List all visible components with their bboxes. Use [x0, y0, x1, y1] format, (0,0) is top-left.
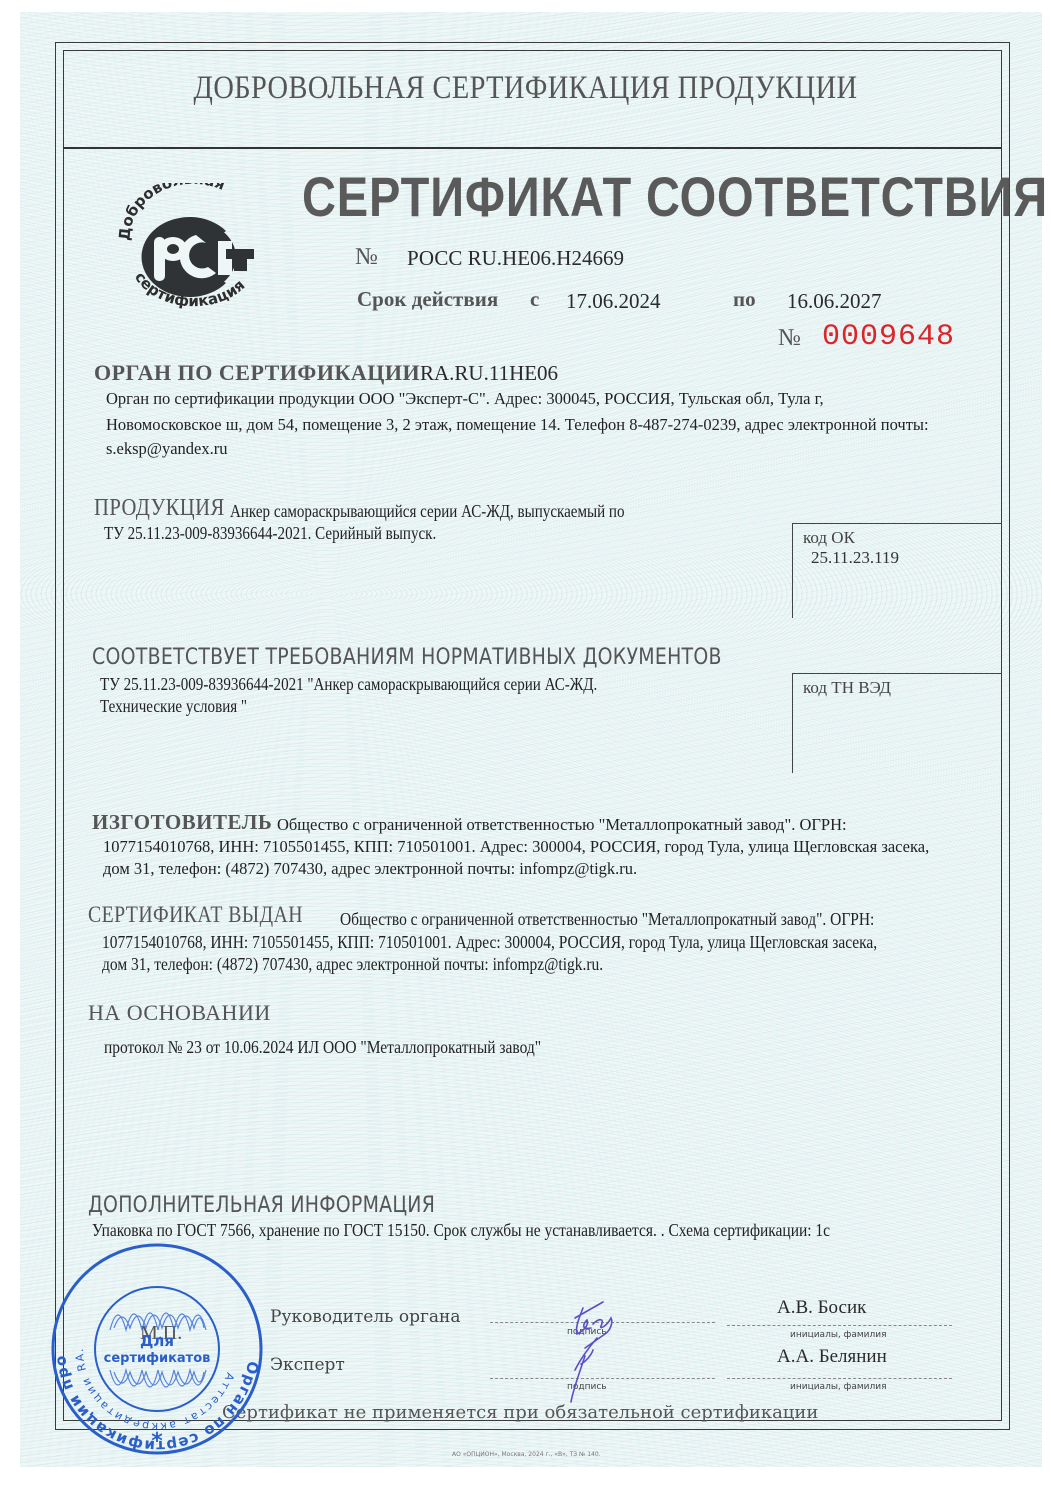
additional-info-heading: ДОПОЛНИТЕЛЬНАЯ ИНФОРМАЦИЯ	[88, 1193, 435, 1218]
ok-code-label: код ОК	[803, 528, 855, 548]
certification-body-line-1: Орган по сертификации продукции ООО "Экс…	[106, 388, 824, 410]
issued-to-line-3: дом 31, телефон: (4872) 707430, адрес эл…	[102, 953, 603, 975]
signature-scribble-icon	[555, 1290, 665, 1410]
manufacturer-line-1: Общество с ограниченной ответственностью…	[277, 814, 847, 836]
header-divider	[63, 147, 1002, 149]
expert-name-caption: инициалы, фамилия	[790, 1382, 887, 1392]
head-name-caption: инициалы, фамилия	[790, 1330, 887, 1340]
product-line-2: ТУ 25.11.23-009-83936644-2021. Серийный …	[104, 522, 436, 544]
tnved-code-label: код ТН ВЭД	[803, 678, 891, 698]
certification-body-line-2: Новомосковское ш, дом 54, помещение 3, 2…	[106, 414, 929, 436]
conformity-line-1: ТУ 25.11.23-009-83936644-2021 "Анкер сам…	[100, 673, 597, 695]
head-name: А.В. Босик	[777, 1297, 866, 1319]
manufacturer-line-3: дом 31, телефон: (4872) 707430, адрес эл…	[103, 858, 637, 880]
expert-name: А.А. Белянин	[777, 1346, 887, 1368]
validity-label: Срок действия	[357, 287, 498, 312]
manufacturer-heading: ИЗГОТОВИТЕЛЬ	[92, 810, 272, 835]
ok-code-box: код ОК 25.11.23.119	[792, 523, 1002, 618]
expert-name-line	[727, 1378, 952, 1379]
product-line-1: Анкер самораскрывающийся серии АС-ЖД, вы…	[230, 500, 624, 522]
rst-logo-icon: Добровольная сертификация	[118, 183, 268, 313]
basis-line-1: протокол № 23 от 10.06.2024 ИЛ ООО "Мета…	[104, 1036, 541, 1058]
mandatory-certification-note: Сертификат не применяется при обязательн…	[222, 1402, 818, 1423]
certificate-number: РОСС RU.НЕ06.Н24669	[407, 246, 624, 271]
conformity-heading: СООТВЕТСТВУЕТ ТРЕБОВАНИЯМ НОРМАТИВНЫХ ДО…	[92, 645, 722, 670]
certification-body-code: RA.RU.11НЕ06	[420, 361, 558, 386]
head-name-line	[727, 1325, 952, 1326]
svg-text:сертификатов: сертификатов	[104, 1351, 211, 1366]
svg-text:*: *	[151, 1429, 163, 1454]
valid-to-label: по	[733, 287, 756, 312]
manufacturer-line-2: 1077154010768, ИНН: 7105501455, КПП: 710…	[103, 836, 929, 858]
conformity-line-2: Технические условия "	[100, 695, 247, 717]
svg-text:Для: Для	[140, 1332, 174, 1350]
voluntary-certification-title: ДОБРОВОЛЬНАЯ СЕРТИФИКАЦИЯ ПРОДУКЦИИ	[74, 70, 978, 107]
valid-from-date: 17.06.2024	[566, 289, 661, 314]
certification-body-stamp-icon: Орган по сертификации продукции ООО «Экс…	[48, 1240, 266, 1458]
form-number-sign: №	[778, 325, 801, 352]
ok-code-value: 25.11.23.119	[811, 548, 899, 568]
basis-heading: НА ОСНОВАНИИ	[88, 1000, 271, 1026]
form-number: 0009648	[822, 320, 955, 354]
valid-from-label: с	[530, 287, 539, 312]
printer-imprint: АО «ОПЦИОН», Москва, 2024 г., «В», ТЗ № …	[452, 1451, 601, 1458]
certification-body-heading: ОРГАН ПО СЕРТИФИКАЦИИ	[94, 360, 420, 386]
expert-label: Эксперт	[270, 1355, 345, 1375]
number-sign: №	[355, 244, 378, 271]
head-of-body-label: Руководитель органа	[270, 1307, 460, 1327]
issued-to-line-2: 1077154010768, ИНН: 7105501455, КПП: 710…	[102, 931, 877, 953]
issued-to-heading: СЕРТИФИКАТ ВЫДАН	[88, 902, 303, 928]
issued-to-line-1: Общество с ограниченной ответственностью…	[340, 908, 874, 930]
product-heading: ПРОДУКЦИЯ	[94, 495, 225, 522]
valid-to-date: 16.06.2027	[787, 289, 882, 314]
additional-info-line-1: Упаковка по ГОСТ 7566, хранение по ГОСТ …	[92, 1219, 830, 1241]
certificate-title: СЕРТИФИКАТ СООТВЕТСТВИЯ	[302, 164, 1048, 229]
tnved-code-box: код ТН ВЭД	[792, 673, 1002, 773]
certification-body-email: s.eksp@yandex.ru	[106, 438, 228, 460]
